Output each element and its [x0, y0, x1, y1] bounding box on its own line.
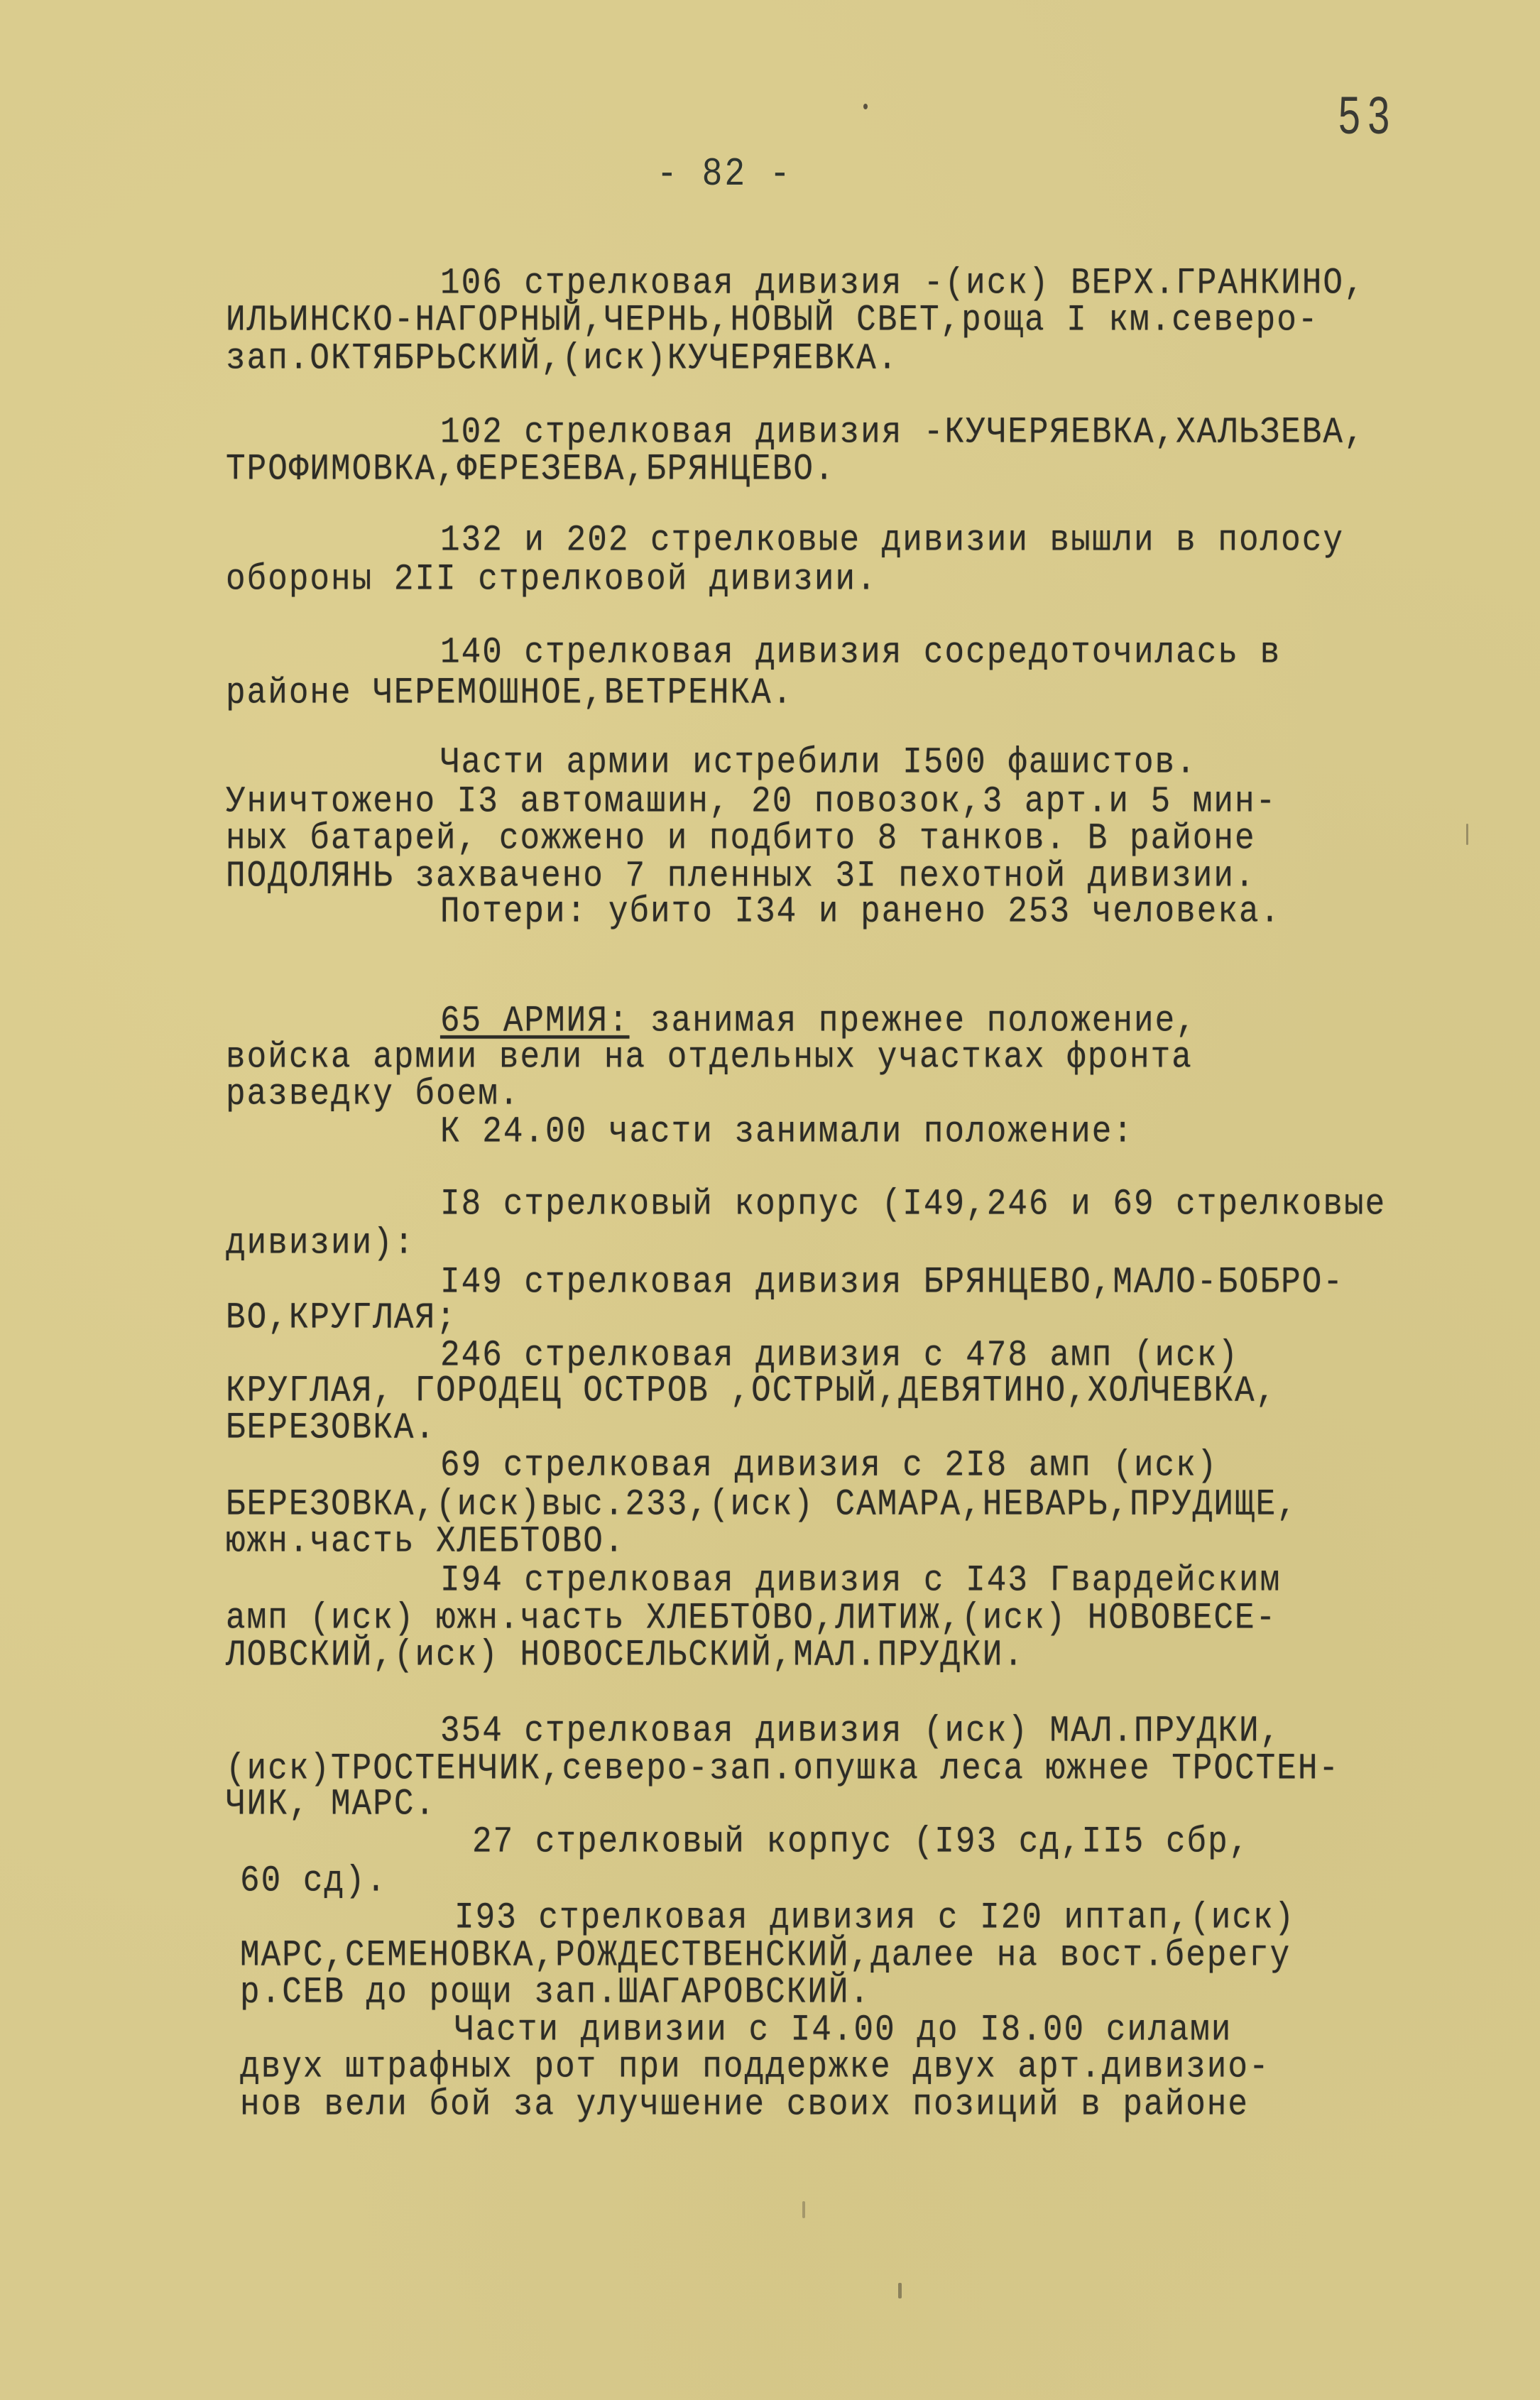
text-line: двух штрафных рот при поддержке двух арт… [240, 2047, 1270, 2087]
text-line: Части армии истребили I500 фашистов. [440, 743, 1197, 782]
text-line: ВО,КРУГЛАЯ; [226, 1298, 457, 1338]
text-line: 60 сд). [240, 1861, 387, 1901]
text-line: ЛОВСКИЙ,(иск) НОВОСЕЛЬСКИЙ,МАЛ.ПРУДКИ. [226, 1635, 1025, 1675]
text-line: МАРС,СЕМЕНОВКА,РОЖДЕСТВЕНСКИЙ,далее на в… [240, 1936, 1291, 1975]
text-line: I93 стрелковая дивизия с I20 иптап,(иск) [454, 1898, 1295, 1938]
text-line: (иск)ТРОСТЕНЧИК,северо-зап.опушка леса ю… [226, 1749, 1340, 1789]
paper-speck [898, 2283, 902, 2298]
text-line: 69 стрелковая дивизия с 2I8 амп (иск) [440, 1446, 1218, 1485]
text-line: I49 стрелковая дивизия БРЯНЦЕВО,МАЛО-БОБ… [440, 1262, 1344, 1302]
text-line: 132 и 202 стрелковые дивизии вышли в пол… [440, 520, 1344, 560]
paper-speck [802, 2201, 805, 2218]
text-line: Потери: убито I34 и ранено 253 человека. [440, 892, 1281, 932]
text-line: 65 АРМИЯ: занимая прежнее положение, [440, 1001, 1197, 1041]
text-line: ТРОФИМОВКА,ФЕРЕЗЕВА,БРЯНЦЕВО. [226, 449, 836, 489]
text-line: амп (иск) южн.часть ХЛЕБТОВО,ЛИТИЖ,(иск)… [226, 1598, 1277, 1638]
text-line: обороны 2II стрелковой дивизии. [226, 560, 878, 599]
text-line: ИЛЬИНСКО-НАГОРНЫЙ,ЧЕРНЬ,НОВЫЙ СВЕТ,роща … [226, 300, 1318, 340]
text-line: 102 стрелковая дивизия -КУЧЕРЯЕВКА,ХАЛЬЗ… [440, 413, 1365, 452]
paper-speck [863, 104, 868, 109]
text-line: Уничтожено I3 автомашин, 20 повозок,3 ар… [226, 782, 1277, 822]
text-line: разведку боем. [226, 1074, 520, 1114]
text-line: 27 стрелковый корпус (I93 сд,II5 сбр, [472, 1822, 1250, 1862]
text-line: войска армии вели на отдельных участках … [226, 1037, 1193, 1077]
text-line: зап.ОКТЯБРЬСКИЙ,(иск)КУЧЕРЯЕВКА. [226, 339, 898, 378]
text-line: нов вели бой за улучшение своих позиций … [240, 2085, 1249, 2124]
text-line: ных батарей, сожжено и подбито 8 танков.… [226, 819, 1256, 858]
text-line: Части дивизии с I4.00 до I8.00 силами [454, 2010, 1232, 2050]
archive-folio-number: 53 [1338, 85, 1397, 146]
text-line: ЧИК, МАРС. [226, 1784, 436, 1824]
text-line: 354 стрелковая дивизия (иск) МАЛ.ПРУДКИ, [440, 1711, 1281, 1751]
text-line: I94 стрелковая дивизия с I43 Гвардейским [440, 1561, 1281, 1600]
text-line: районе ЧЕРЕМОШНОЕ,ВЕТРЕНКА. [226, 673, 793, 713]
text-line: 106 стрелковая дивизия -(иск) ВЕРХ.ГРАНК… [440, 263, 1365, 303]
text-line: К 24.00 части занимали положение: [440, 1112, 1134, 1152]
text-line: р.СЕВ до рощи зап.ШАГАРОВСКИЙ. [240, 1973, 870, 2012]
text-line: дивизии): [226, 1223, 415, 1263]
text-line: БЕРЕЗОВКА. [226, 1408, 436, 1448]
text-line: I8 стрелковый корпус (I49,246 и 69 стрел… [440, 1184, 1386, 1224]
section-heading-continuation: занимая прежнее положение, [629, 1000, 1196, 1042]
text-line: южн.часть ХЛЕБТОВО. [226, 1522, 626, 1561]
section-heading-65-army: 65 АРМИЯ: [440, 1000, 629, 1042]
text-line: КРУГЛАЯ, ГОРОДЕЦ ОСТРОВ ,ОСТРЫЙ,ДЕВЯТИНО… [226, 1371, 1277, 1411]
text-line: 246 стрелковая дивизия с 478 амп (иск) [440, 1336, 1239, 1375]
paper-speck [1466, 824, 1468, 845]
text-line: 140 стрелковая дивизия сосредоточилась в [440, 633, 1281, 672]
page-number: - 82 - [657, 153, 792, 197]
text-line: БЕРЕЗОВКА,(иск)выс.233,(иск) САМАРА,НЕВА… [226, 1485, 1298, 1524]
text-line: ПОДОЛЯНЬ захвачено 7 пленных 3I пехотной… [226, 856, 1256, 896]
